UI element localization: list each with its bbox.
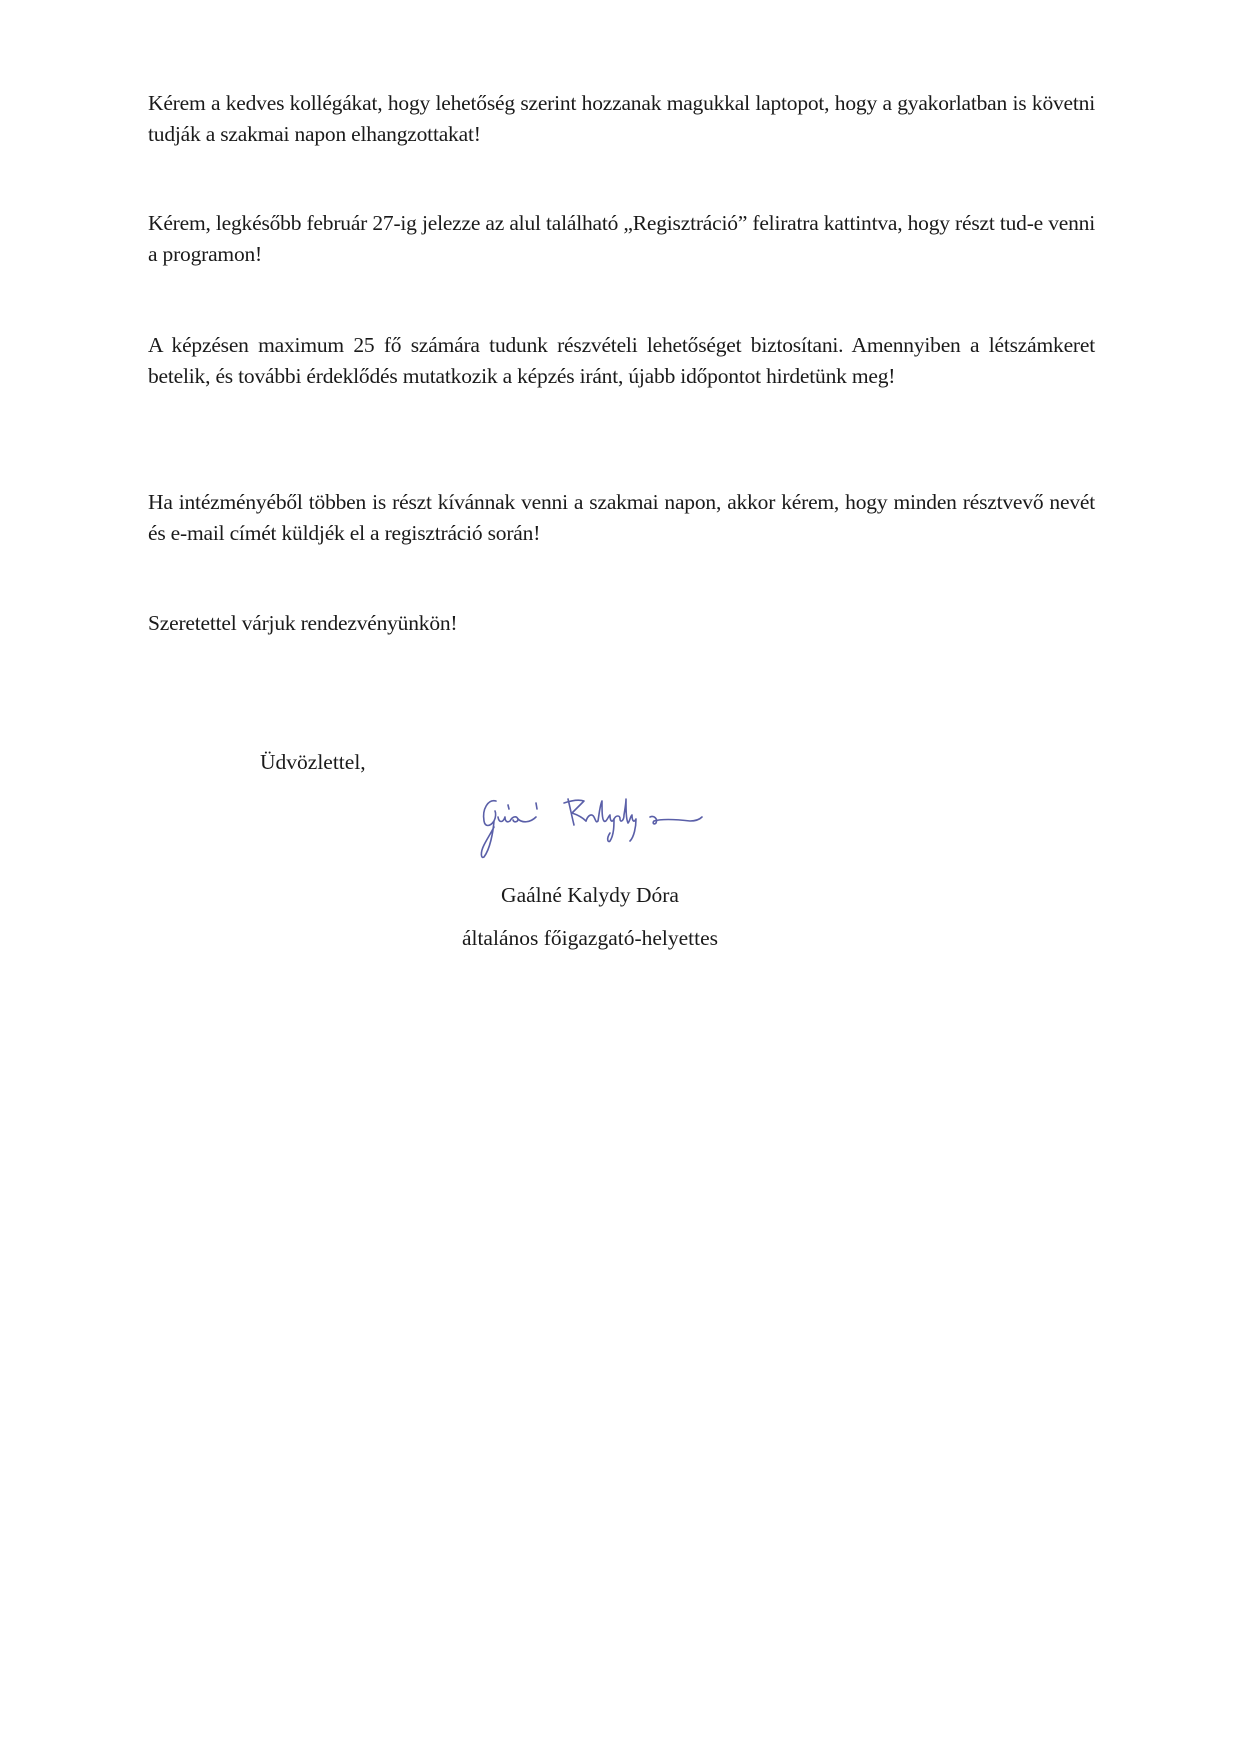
signer-title: általános főigazgató-helyettes — [380, 923, 800, 954]
paragraph-registration-deadline: Kérem, legkésőbb február 27-ig jelezze a… — [148, 208, 1095, 270]
paragraph-multiple-participants: Ha intézményéből többen is részt kívánna… — [148, 487, 1095, 549]
closing-greeting: Üdvözlettel, — [260, 747, 366, 778]
document-page: Kérem a kedves kollégákat, hogy lehetősé… — [0, 0, 1241, 1755]
signer-name: Gaálné Kalydy Dóra — [400, 880, 780, 911]
paragraph-laptop-request: Kérem a kedves kollégákat, hogy lehetősé… — [148, 88, 1095, 150]
paragraph-welcome: Szeretettel várjuk rendezvényünkön! — [148, 608, 1095, 639]
signature-icon — [478, 793, 708, 863]
paragraph-capacity-limit: A képzésen maximum 25 fő számára tudunk … — [148, 330, 1095, 392]
